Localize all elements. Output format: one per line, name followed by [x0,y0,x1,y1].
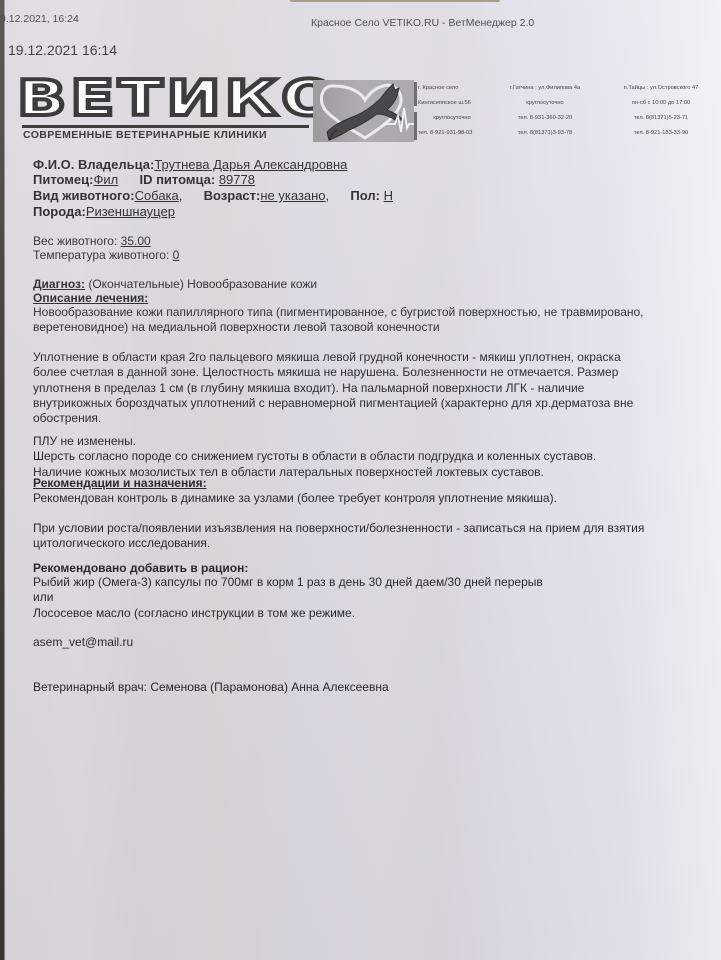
contact-text: тел. 8(81371)3-93-78 [486,128,604,138]
photo-background-edge [290,0,500,2]
species-label: Вид животного: [33,188,135,203]
contact-text: тел. 8(81371)5-23-71 [604,113,718,123]
owner-row: Ф.И.О. Владельца:Трутнева Дарья Александ… [33,157,347,172]
breed-label: Порода: [33,204,86,219]
contact-text: тел. 8-921-931-98-03 [418,128,486,138]
contact-text: круглосуточно [418,113,486,123]
print-datetime: 9.12.2021, 16:24 [0,13,79,25]
contact-text: п.Тайцы : ул.Островского 47 [604,83,718,93]
pet-species-row: Вид животного:Собака, Возраст:не указано… [33,188,393,203]
age-value: не указано [260,188,325,203]
sex-value: Н [384,188,393,203]
diagnosis-label: Диагноз: [33,277,85,291]
pet-id-label: ID питомца: [139,172,215,187]
visit-datetime: 19.12.2021 16:14 [8,42,117,58]
pet-name: Фил [93,172,118,187]
sex-label: Пол: [350,188,380,203]
temperature-label: Температура животного: [33,248,169,262]
owner-label: Ф.И.О. Владельца: [33,157,154,172]
clinic-logo-wordmark: ВЕТИКО [17,74,340,123]
temperature-value: 0 [173,248,180,262]
contact-text: круглосуточно [486,98,604,108]
diagnosis-row: Диагноз: (Окончательные) Новообразование… [33,277,317,291]
recommendations-paragraph-2: При условии роста/появлении изъязвления … [33,521,703,552]
contact-text: г.Гатчина : ул.Филипова 4а [486,83,604,93]
owner-name: Трутнева Дарья Александровна [154,157,347,172]
weight-value: 35.00 [121,234,151,248]
print-page-title: Красное Село VETIKO.RU - ВетМенеджер 2.0 [311,17,534,29]
treatment-paragraph-3: ПЛУ не изменены. Шерсть согласно породе … [33,434,703,480]
species-value: Собака [135,188,179,203]
contact-text: г. Красное село [418,83,486,93]
diet-lines: Рыбий жир (Омега-3) капсулы по 700мг в к… [33,575,703,621]
doctor-name: Семенова (Парамонова) Анна Алексеевна [150,680,388,694]
contact-text: пн-сб с 10:00 до 17:00 [604,98,718,108]
temperature-row: Температура животного: 0 [33,248,179,262]
clinic-contacts: г. Красное село г.Гатчина : ул.Филипова … [418,83,718,138]
treatment-paragraph-1: Новообразование кожи папиллярного типа (… [33,305,703,336]
doctor-label: Ветеринарный врач: [33,680,147,694]
contact-text: Кингисеппское ш.56 [418,98,486,108]
recommendations-paragraph-1: Рекомендован контроль в динамике за узла… [33,491,703,506]
diagnosis-value: (Окончательные) Новообразование кожи [88,277,317,291]
weight-label: Вес животного: [33,234,117,248]
pet-id: 89778 [219,172,255,187]
age-label: Возраст: [204,188,261,203]
pet-id-row: Питомец:Фил ID питомца: 89778 [33,172,255,187]
treatment-paragraph-2: Уплотнение в области края 2го пальцевого… [33,350,703,426]
treatment-heading: Описание лечения: [33,291,148,305]
breed-value: Ризеншнауцер [86,204,175,219]
weight-row: Вес животного: 35.00 [33,234,151,248]
diet-heading: Рекомендовано добавить в рацион: [33,561,248,575]
dog-heart-ecg-icon [313,80,414,142]
doctor-row: Ветеринарный врач: Семенова (Парамонова)… [33,680,389,694]
contacts-accent-bar [414,82,417,140]
pet-name-label: Питомец: [33,172,93,187]
contact-text: тел. 8-921-183-33-90 [604,128,718,138]
logo-divider [22,125,309,128]
clinic-logo-tagline: СОВРЕМЕННЫЕ ВЕТЕРИНАРНЫЕ КЛИНИКИ [23,129,267,141]
recommendations-heading: Рекомендации и назначения: [33,476,207,490]
contact-text: тел. 8-931-360-32-20 [486,113,604,123]
pet-breed-row: Порода:Ризеншнауцер [33,204,175,219]
vet-email: asem_vet@mail.ru [33,635,133,649]
